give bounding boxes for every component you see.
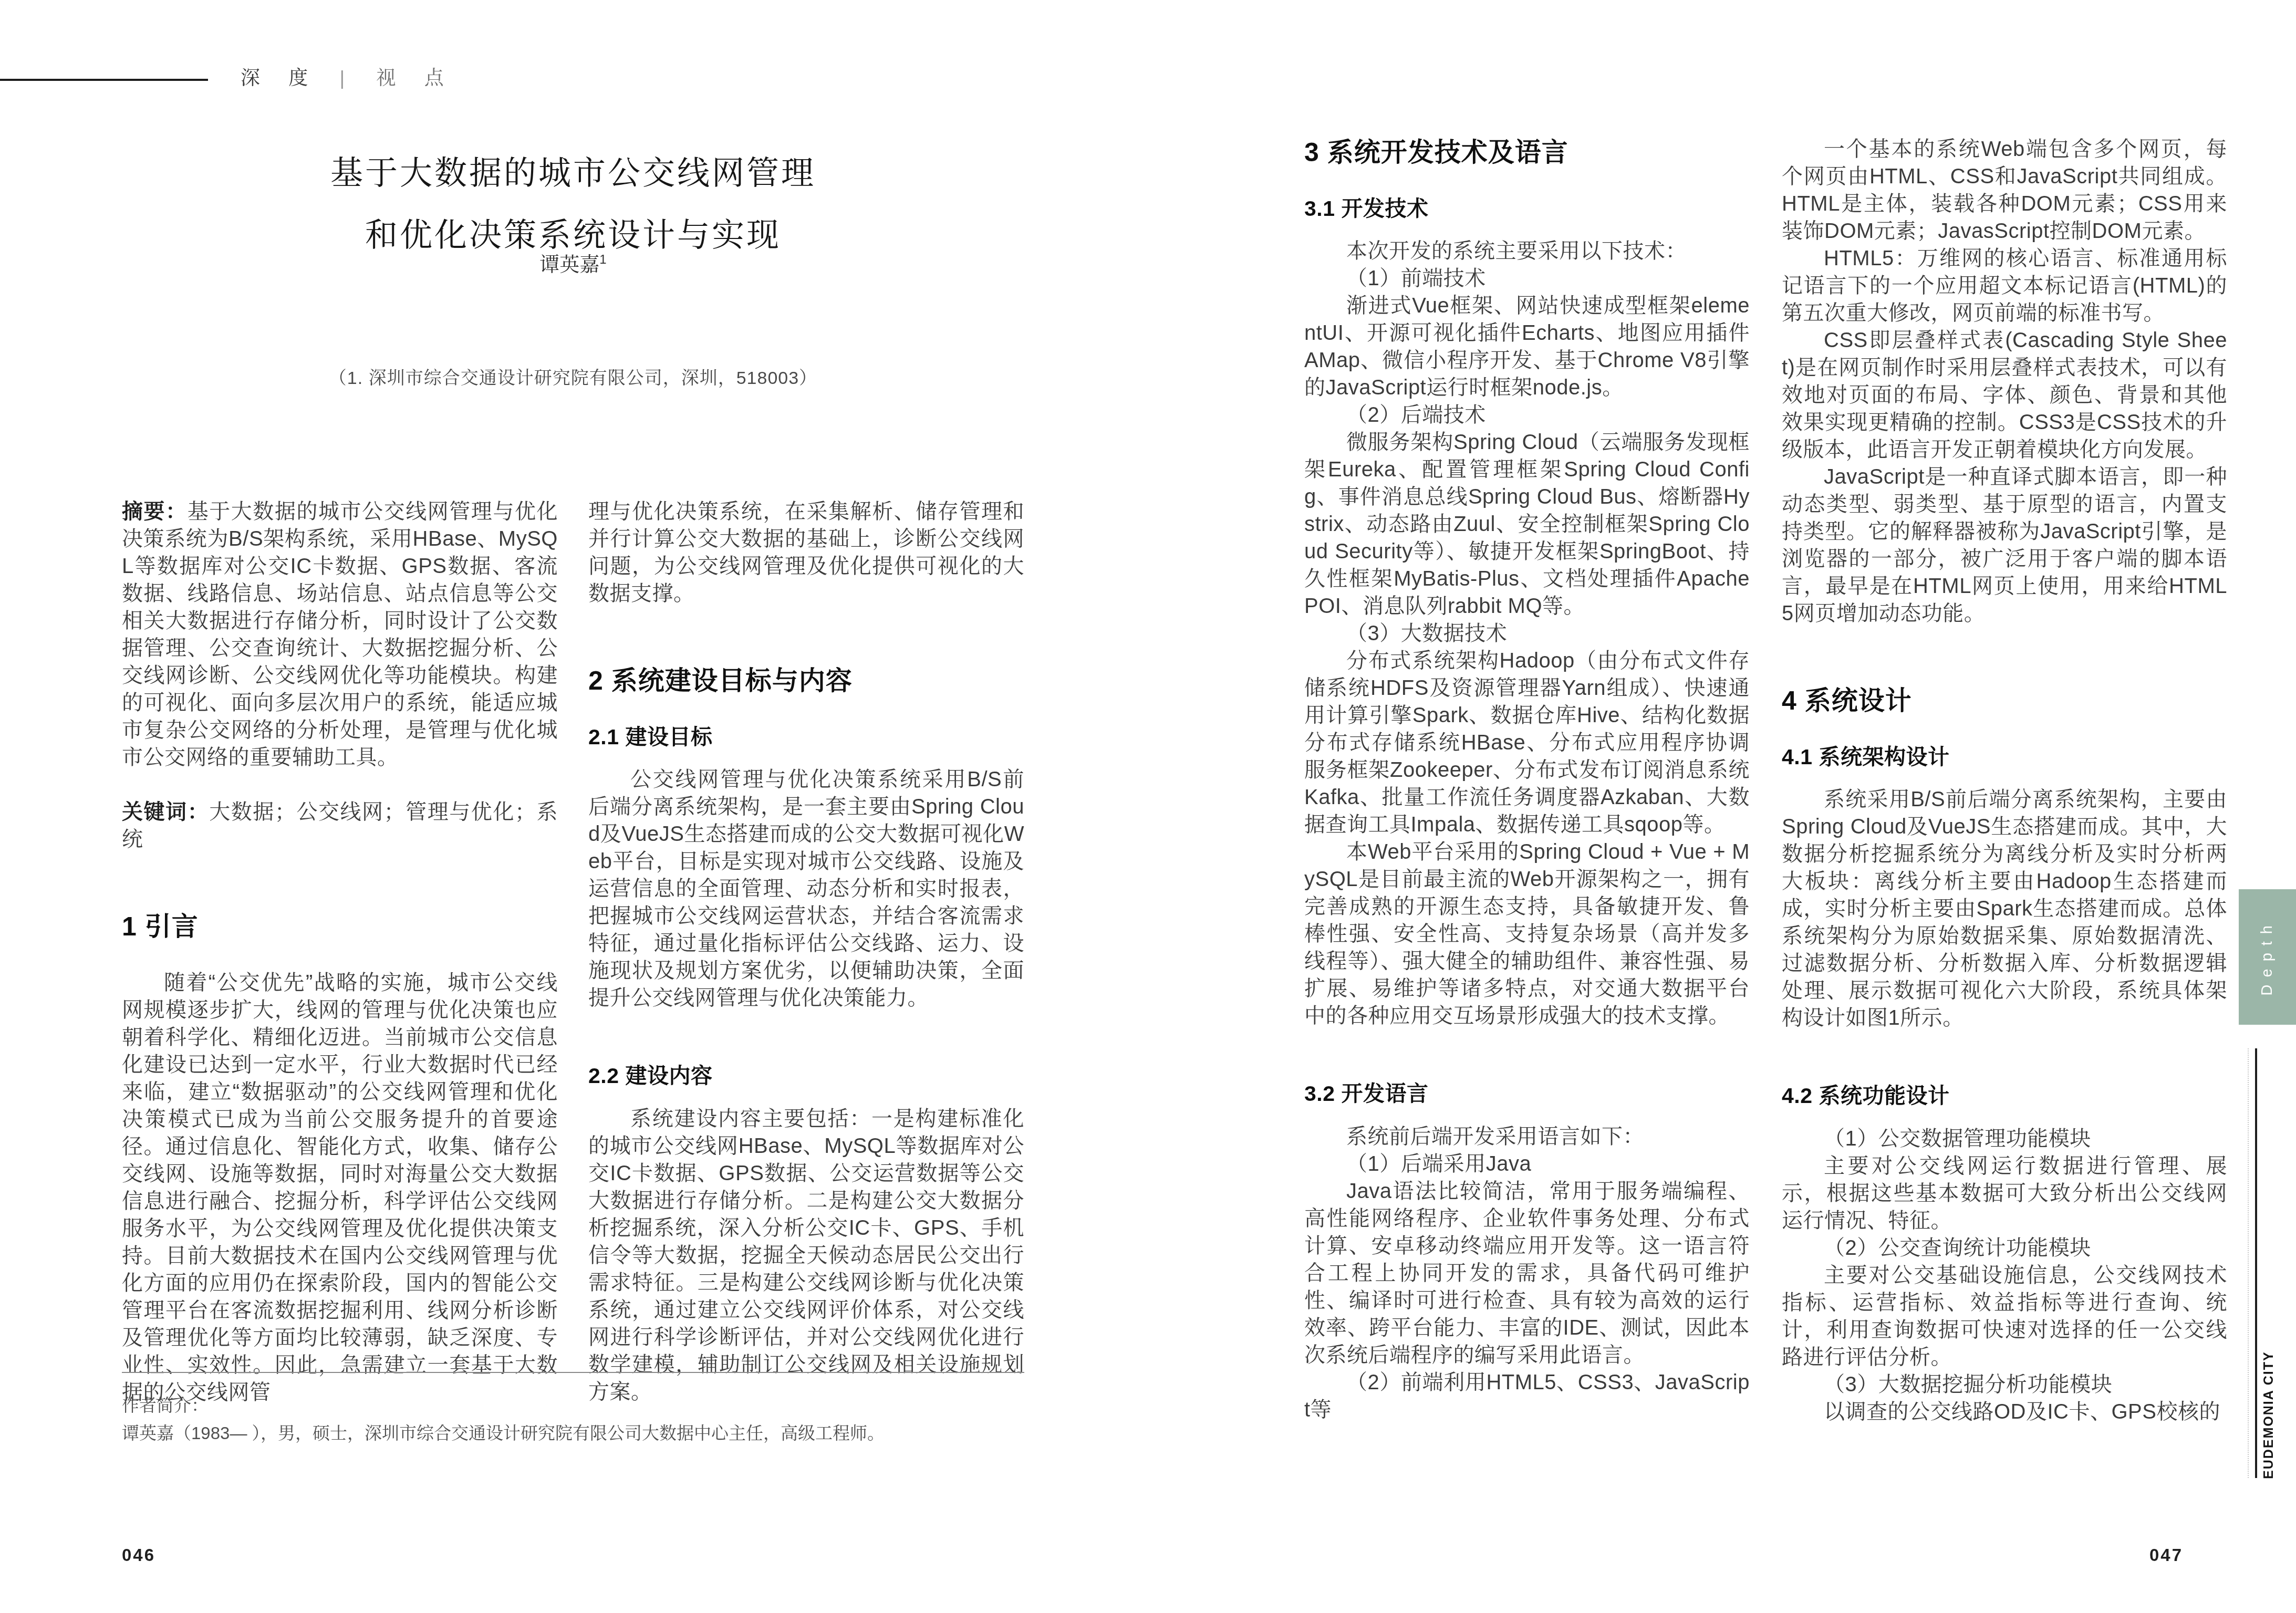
paragraph: 以调查的公交线路OD及IC卡、GPS校核的 — [1782, 1398, 2227, 1425]
paragraph: 系统前后端开发采用语言如下： — [1304, 1123, 1750, 1150]
paragraph: 理与优化决策系统，在采集解析、储存管理和并行计算公交大数据的基础上，诊断公交线网… — [588, 498, 1024, 607]
paragraph: 主要对公交线网运行数据进行管理、展示，根据这些基本数据可大致分析出公交线网运行情… — [1782, 1152, 2227, 1234]
side-rule — [2255, 1048, 2257, 1478]
magazine-spread: { "header": { "label_left": "深 度", "divi… — [0, 0, 2296, 1613]
paragraph: 随着“公交优先”战略的实施，城市公交线网规模逐步扩大，线网的管理与优化决策也应朝… — [122, 969, 558, 1406]
paragraph: 微服务架构Spring Cloud（云端服务发现框架Eureka、配置管理框架S… — [1304, 429, 1750, 620]
paragraph: 摘要：基于大数据的城市公交线网管理与优化决策系统为B/S架构系统，采用HBase… — [122, 498, 558, 771]
paragraph: （3）大数据挖掘分析功能模块 — [1782, 1371, 2227, 1398]
affiliation: （1. 深圳市综合交通设计研究院有限公司，深圳，518003） — [122, 363, 1024, 389]
section-heading: 2 系统建设目标与内容 — [588, 664, 1024, 698]
paragraph: JavaScript是一种直译式脚本语言，即一种动态类型、弱类型、基于原型的语言… — [1782, 463, 2227, 627]
depth-tab: Depth — [2239, 889, 2296, 1025]
text-column: 3 系统开发技术及语言3.1 开发技术本次开发的系统主要采用以下技术：（1）前端… — [1304, 136, 1750, 1423]
section-heading: 3.1 开发技术 — [1304, 195, 1750, 223]
author-bio-label: 作者简介： — [122, 1392, 1120, 1420]
paragraph: 关键词：大数据；公交线网；管理与优化；系统 — [122, 798, 558, 853]
section-heading: 2.2 建设内容 — [588, 1062, 1024, 1090]
paragraph-label: 摘要： — [122, 500, 188, 523]
text-column: 摘要：基于大数据的城市公交线网管理与优化决策系统为B/S架构系统，采用HBase… — [122, 498, 558, 1406]
masthead-rule — [0, 79, 208, 81]
page-number-right: 047 — [2149, 1545, 2183, 1565]
section-heading: 1 引言 — [122, 910, 558, 944]
section-heading: 4.2 系统功能设计 — [1782, 1082, 2227, 1110]
section-heading: 4.1 系统架构设计 — [1782, 743, 2227, 771]
author: 谭英嘉1 — [122, 248, 1024, 277]
paragraph: （3）大数据技术 — [1304, 620, 1750, 647]
text-column: 理与优化决策系统，在采集解析、储存管理和并行计算公交大数据的基础上，诊断公交线网… — [588, 498, 1024, 1406]
masthead-label-left: 深 度 — [241, 67, 319, 89]
paragraph: （1）后端采用Java — [1304, 1150, 1750, 1178]
paragraph: （1）公交数据管理功能模块 — [1782, 1125, 2227, 1152]
paragraph: 公交线网管理与优化决策系统采用B/S前后端分离系统架构，是一套主要由Spring… — [588, 766, 1024, 1012]
paragraph: 本次开发的系统主要采用以下技术： — [1304, 237, 1750, 265]
paragraph: 分布式系统架构Hadoop（由分布式文件存储系统HDFS及资源管理器Yarn组成… — [1304, 647, 1750, 838]
paragraph: CSS即层叠样式表(Cascading Style Sheet)是在网页制作时采… — [1782, 327, 2227, 463]
author-bio-text: 谭英嘉（1983— ），男，硕士，深圳市综合交通设计研究院有限公司大数据中心主任… — [122, 1420, 1120, 1448]
magazine-caption: EUDEMONIA CITY — [2261, 1365, 2277, 1479]
paragraph: Java语法比较简洁，常用于服务端编程、高性能网络程序、企业软件事务处理、分布式… — [1304, 1178, 1750, 1369]
paragraph: 系统建设内容主要包括：一是构建标准化的城市公交线网HBase、MySQL等数据库… — [588, 1105, 1024, 1406]
masthead: 深 度 | 视 点 — [241, 62, 455, 90]
page-title-line1: 基于大数据的城市公交线网管理 — [122, 143, 1024, 205]
paragraph: HTML5：万维网的核心语言、标准通用标记语言下的一个应用超文本标记语言(HTM… — [1782, 245, 2227, 327]
section-heading: 3.2 开发语言 — [1304, 1080, 1750, 1108]
page-number-left: 046 — [122, 1545, 155, 1565]
section-heading: 4 系统设计 — [1782, 684, 2227, 718]
depth-tab-label: Depth — [2259, 918, 2276, 995]
paragraph: 主要对公交基础设施信息，公交线网技术指标、运营指标、效益指标等进行查询、统计，利… — [1782, 1262, 2227, 1371]
paragraph: （1）前端技术 — [1304, 265, 1750, 292]
paragraph: 一个基本的系统Web端包含多个网页，每个网页由HTML、CSS和JavaScri… — [1782, 136, 2227, 245]
paragraph: （2）前端利用HTML5、CSS3、JavaScript等 — [1304, 1369, 1750, 1423]
paragraph: 系统采用B/S前后端分离系统架构，主要由Spring Cloud及VueJS生态… — [1782, 786, 2227, 1032]
text-column: 一个基本的系统Web端包含多个网页，每个网页由HTML、CSS和JavaScri… — [1782, 136, 2227, 1425]
paragraph: 渐进式Vue框架、网站快速成型框架elementUI、开源可视化插件Echart… — [1304, 292, 1750, 401]
paragraph: （2）后端技术 — [1304, 401, 1750, 429]
section-heading: 2.1 建设目标 — [588, 723, 1024, 751]
side-dotted-rule — [2248, 1048, 2249, 1478]
masthead-label-right: 视 点 — [376, 67, 455, 89]
masthead-divider: | — [337, 67, 360, 89]
paragraph: 本Web平台采用的Spring Cloud + Vue + MySQL是目前最主… — [1304, 838, 1750, 1029]
footnote-rule — [122, 1372, 1024, 1373]
paragraph-label: 关键词： — [122, 800, 209, 824]
author-superscript: 1 — [599, 253, 606, 267]
author-name: 谭英嘉 — [539, 254, 599, 276]
paragraph: （2）公交查询统计功能模块 — [1782, 1234, 2227, 1262]
section-heading: 3 系统开发技术及语言 — [1304, 136, 1750, 170]
author-bio: 作者简介： 谭英嘉（1983— ），男，硕士，深圳市综合交通设计研究院有限公司大… — [122, 1392, 1120, 1448]
